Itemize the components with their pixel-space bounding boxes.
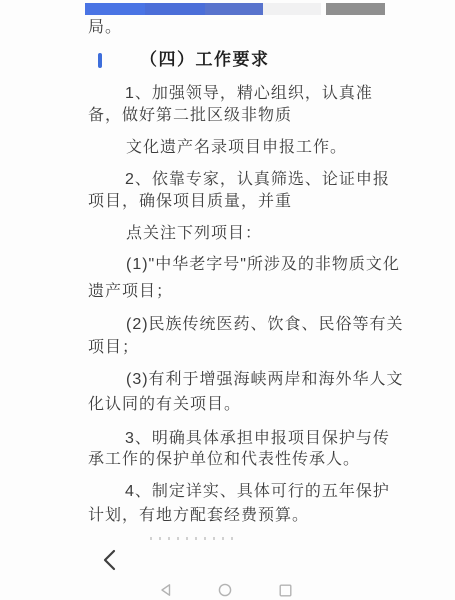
doc-text-line: 2、依靠专家，认真筛选、论证申报 xyxy=(125,172,390,188)
back-triangle-icon xyxy=(159,583,173,597)
strip-segment-blue-2 xyxy=(145,3,205,15)
document-viewer-screen: 局。 （四）工作要求 1、加强领导，精心组织，认真准 备，做好第二批区级非物质 … xyxy=(0,0,455,600)
doc-text-line: 承工作的保护单位和代表性传承人。 xyxy=(88,452,360,468)
doc-text-line: 项目； xyxy=(88,340,139,356)
doc-text-line: (1)"中华老字号"所涉及的非物质文化 xyxy=(126,257,400,273)
doc-text-line: (3)有利于增强海峡两岸和海外华人文 xyxy=(126,372,404,388)
clipped-text-line xyxy=(150,537,236,540)
strip-segment-gray xyxy=(326,3,385,15)
strip-segment-light-gray xyxy=(263,3,321,15)
document-table-strip xyxy=(85,3,385,15)
section-heading: （四）工作要求 xyxy=(140,51,270,68)
home-circle-icon xyxy=(218,583,232,597)
strip-segment-blue-1 xyxy=(85,3,145,15)
doc-text-line: 计划，有地方配套经费预算。 xyxy=(88,508,309,524)
doc-text-line: 化认同的有关项目。 xyxy=(88,397,241,413)
android-home-button[interactable] xyxy=(218,583,232,600)
doc-text-line: 文化遗产名录项目申报工作。 xyxy=(126,140,347,156)
doc-text-line: 4、制定详实、具体可行的五年保护 xyxy=(125,484,390,500)
back-button[interactable] xyxy=(100,548,122,572)
doc-text-line: 备，做好第二批区级非物质 xyxy=(88,108,292,124)
android-recents-button[interactable] xyxy=(279,584,292,600)
paragraph-tail-line: 局。 xyxy=(88,20,122,36)
doc-text-line: 遗产项目； xyxy=(88,284,173,300)
doc-text-line: 3、明确具体承担申报项目保护与传 xyxy=(125,431,390,447)
recents-square-icon xyxy=(279,584,292,597)
doc-text-line: (2)民族传统医药、饮食、民俗等有关 xyxy=(126,317,404,333)
doc-text-line: 项目，确保项目质量，并重 xyxy=(88,194,292,210)
strip-segment-blue-3 xyxy=(205,3,263,15)
heading-marker-bar xyxy=(98,53,102,68)
doc-text-line: 1、加强领导，精心组织，认真准 xyxy=(125,86,373,102)
android-back-button[interactable] xyxy=(159,583,173,600)
doc-text-line: 点关注下列项目： xyxy=(126,226,262,242)
chevron-left-icon xyxy=(100,548,122,572)
